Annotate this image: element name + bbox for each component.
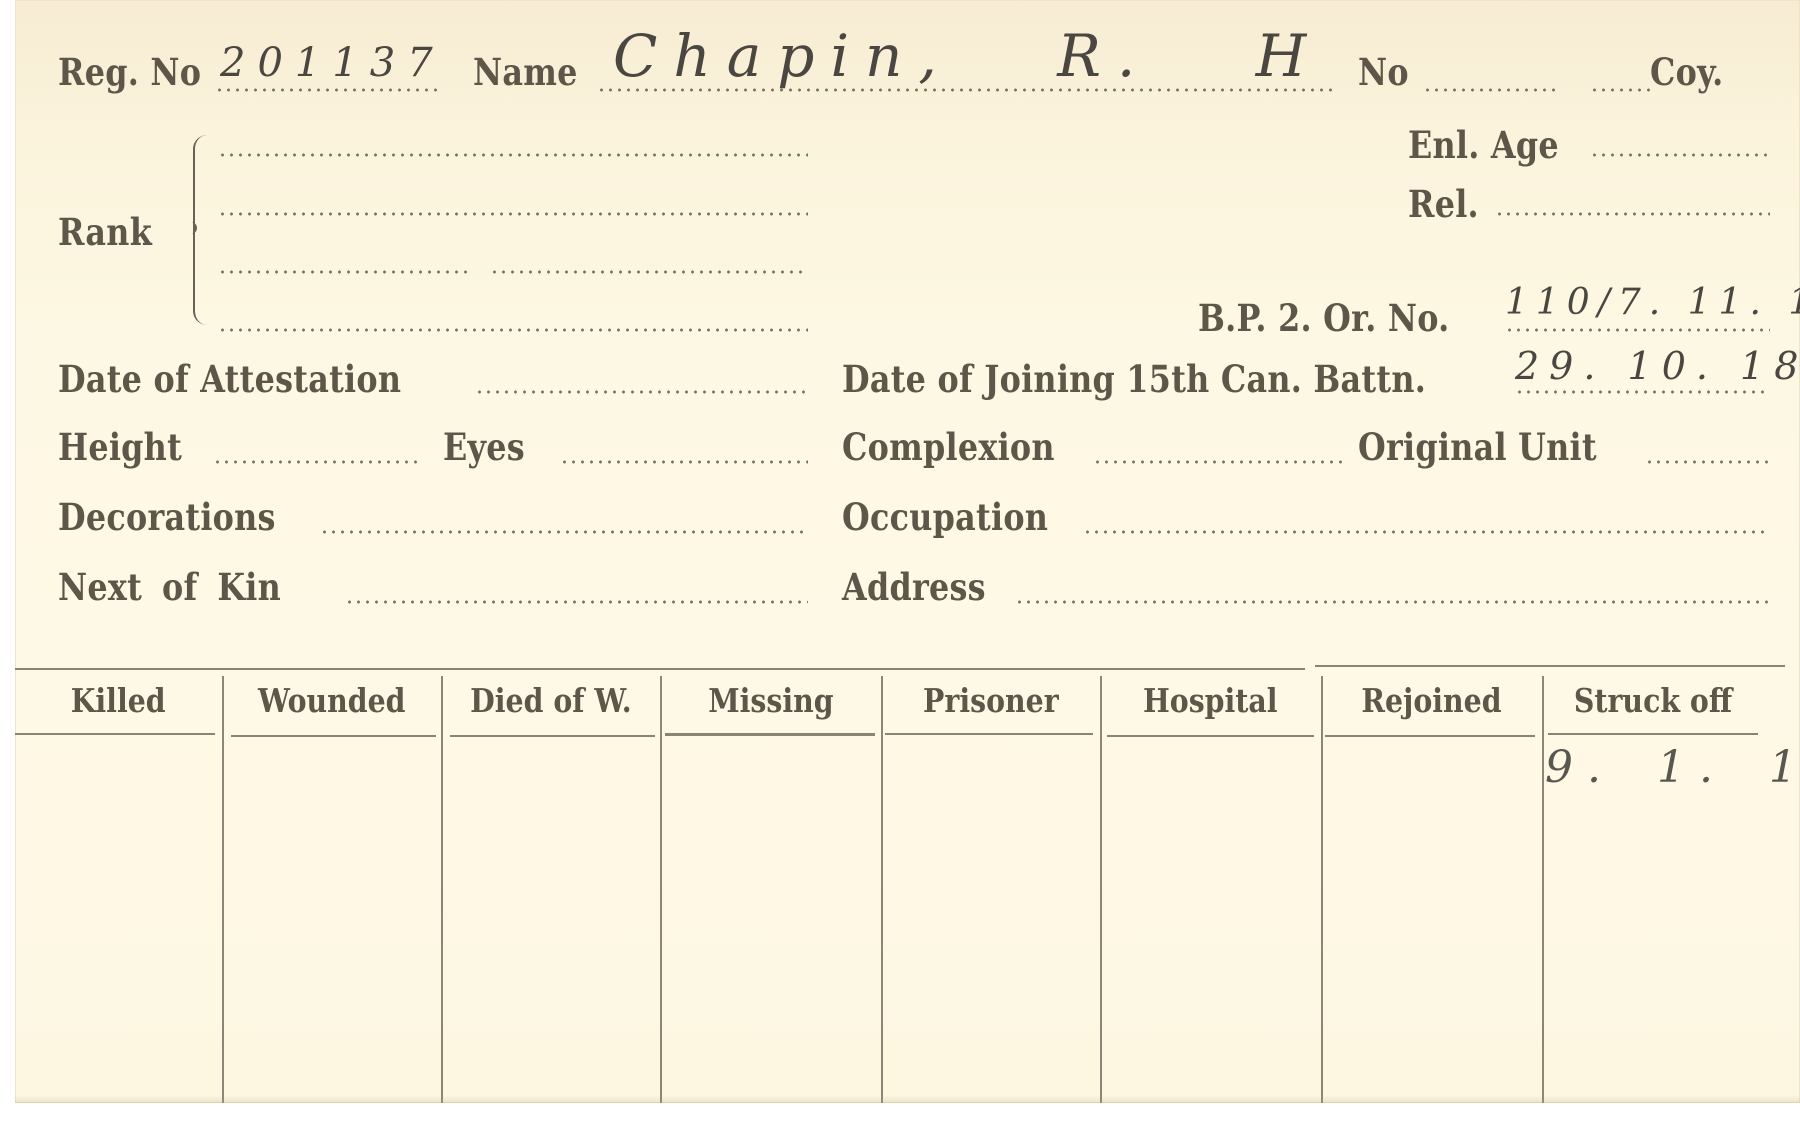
col-header-wounded: Wounded <box>222 676 441 726</box>
header-underline-3 <box>450 735 655 737</box>
complexion-dotted-line[interactable] <box>1093 460 1348 464</box>
col-divider-3 <box>660 676 662 1103</box>
col-header-rejoined: Rejoined <box>1321 676 1542 726</box>
col-header-died-of-wounds: Died of W. <box>441 676 660 726</box>
eyes-dotted-line[interactable] <box>560 460 808 464</box>
address-dotted-line[interactable] <box>1015 600 1770 604</box>
bp2-or-no-label: B.P. 2. Or. No. <box>1198 296 1450 340</box>
decorations-dotted-line[interactable] <box>320 530 808 534</box>
date-of-joining-label: Date of Joining 15th Can. Battn. <box>842 357 1426 401</box>
col-header-hospital: Hospital <box>1100 676 1321 726</box>
complexion-label: Complexion <box>842 425 1055 469</box>
rank-line-3a[interactable] <box>218 270 468 274</box>
header-underline-5 <box>885 733 1093 735</box>
col-header-killed: Killed <box>15 676 222 726</box>
name-value[interactable]: Chapin, R. H <box>613 22 1322 90</box>
date-of-joining-dotted-line <box>1515 390 1770 394</box>
service-record-card: Reg. No 201137 Name Chapin, R. H No Coy.… <box>15 0 1800 1103</box>
col-header-struck-off: Struck off <box>1542 676 1763 726</box>
decorations-label: Decorations <box>58 495 276 539</box>
rank-line-4[interactable] <box>218 328 808 332</box>
rank-label: Rank <box>58 210 152 254</box>
header-underline-2 <box>231 735 436 737</box>
occupation-dotted-line[interactable] <box>1083 530 1770 534</box>
bp2-or-no-dotted-line <box>1505 328 1770 332</box>
enl-age-dotted-line[interactable] <box>1590 153 1770 157</box>
date-of-attestation-label: Date of Attestation <box>58 357 401 401</box>
next-of-kin-label: Next of Kin <box>58 565 281 609</box>
coy-label: Coy. <box>1650 50 1724 94</box>
col-header-missing: Missing <box>660 676 881 726</box>
col-divider-2 <box>441 676 443 1103</box>
no-dotted-line <box>1423 88 1558 92</box>
height-label: Height <box>58 425 182 469</box>
original-unit-label: Original Unit <box>1358 425 1597 469</box>
no-label: No <box>1358 50 1409 94</box>
header-underline-4 <box>665 733 875 736</box>
rank-line-2[interactable] <box>218 212 808 216</box>
cell-struck-off[interactable]: 9. 1. 19 <box>1545 742 1800 793</box>
rank-line-3b[interactable] <box>490 270 808 274</box>
date-of-attestation-dotted-line[interactable] <box>475 390 808 394</box>
coy-dotted-line <box>1590 88 1650 92</box>
original-unit-dotted-line[interactable] <box>1645 460 1770 464</box>
rank-line-1[interactable] <box>218 153 808 157</box>
date-of-joining-value[interactable]: 29. 10. 18 <box>1515 344 1800 388</box>
bp2-or-no-value[interactable]: 110/7. 11. 18 <box>1505 282 1800 323</box>
header-underline-7 <box>1325 735 1535 737</box>
col-header-prisoner: Prisoner <box>881 676 1100 726</box>
enl-age-label: Enl. Age <box>1408 123 1559 167</box>
rel-label: Rel. <box>1408 182 1479 226</box>
occupation-label: Occupation <box>842 495 1048 539</box>
reg-no-value[interactable]: 201137 <box>220 40 445 86</box>
col-divider-6 <box>1321 676 1323 1103</box>
next-of-kin-dotted-line[interactable] <box>345 600 808 604</box>
col-divider-7 <box>1542 676 1544 1103</box>
eyes-label: Eyes <box>443 425 525 469</box>
col-divider-1 <box>222 676 224 1103</box>
rel-dotted-line[interactable] <box>1495 212 1770 216</box>
name-label: Name <box>473 50 578 94</box>
header-underline-1 <box>15 733 215 735</box>
header-underline-8 <box>1548 733 1758 735</box>
height-dotted-line[interactable] <box>213 460 418 464</box>
header-underline-6 <box>1107 735 1314 737</box>
reg-no-label: Reg. No <box>58 50 201 94</box>
reg-no-dotted-line <box>215 88 440 92</box>
col-divider-5 <box>1100 676 1102 1103</box>
col-divider-4 <box>881 676 883 1103</box>
table-top-rule <box>15 668 1305 670</box>
table-top-rule-right <box>1315 665 1785 667</box>
address-label: Address <box>842 565 986 609</box>
